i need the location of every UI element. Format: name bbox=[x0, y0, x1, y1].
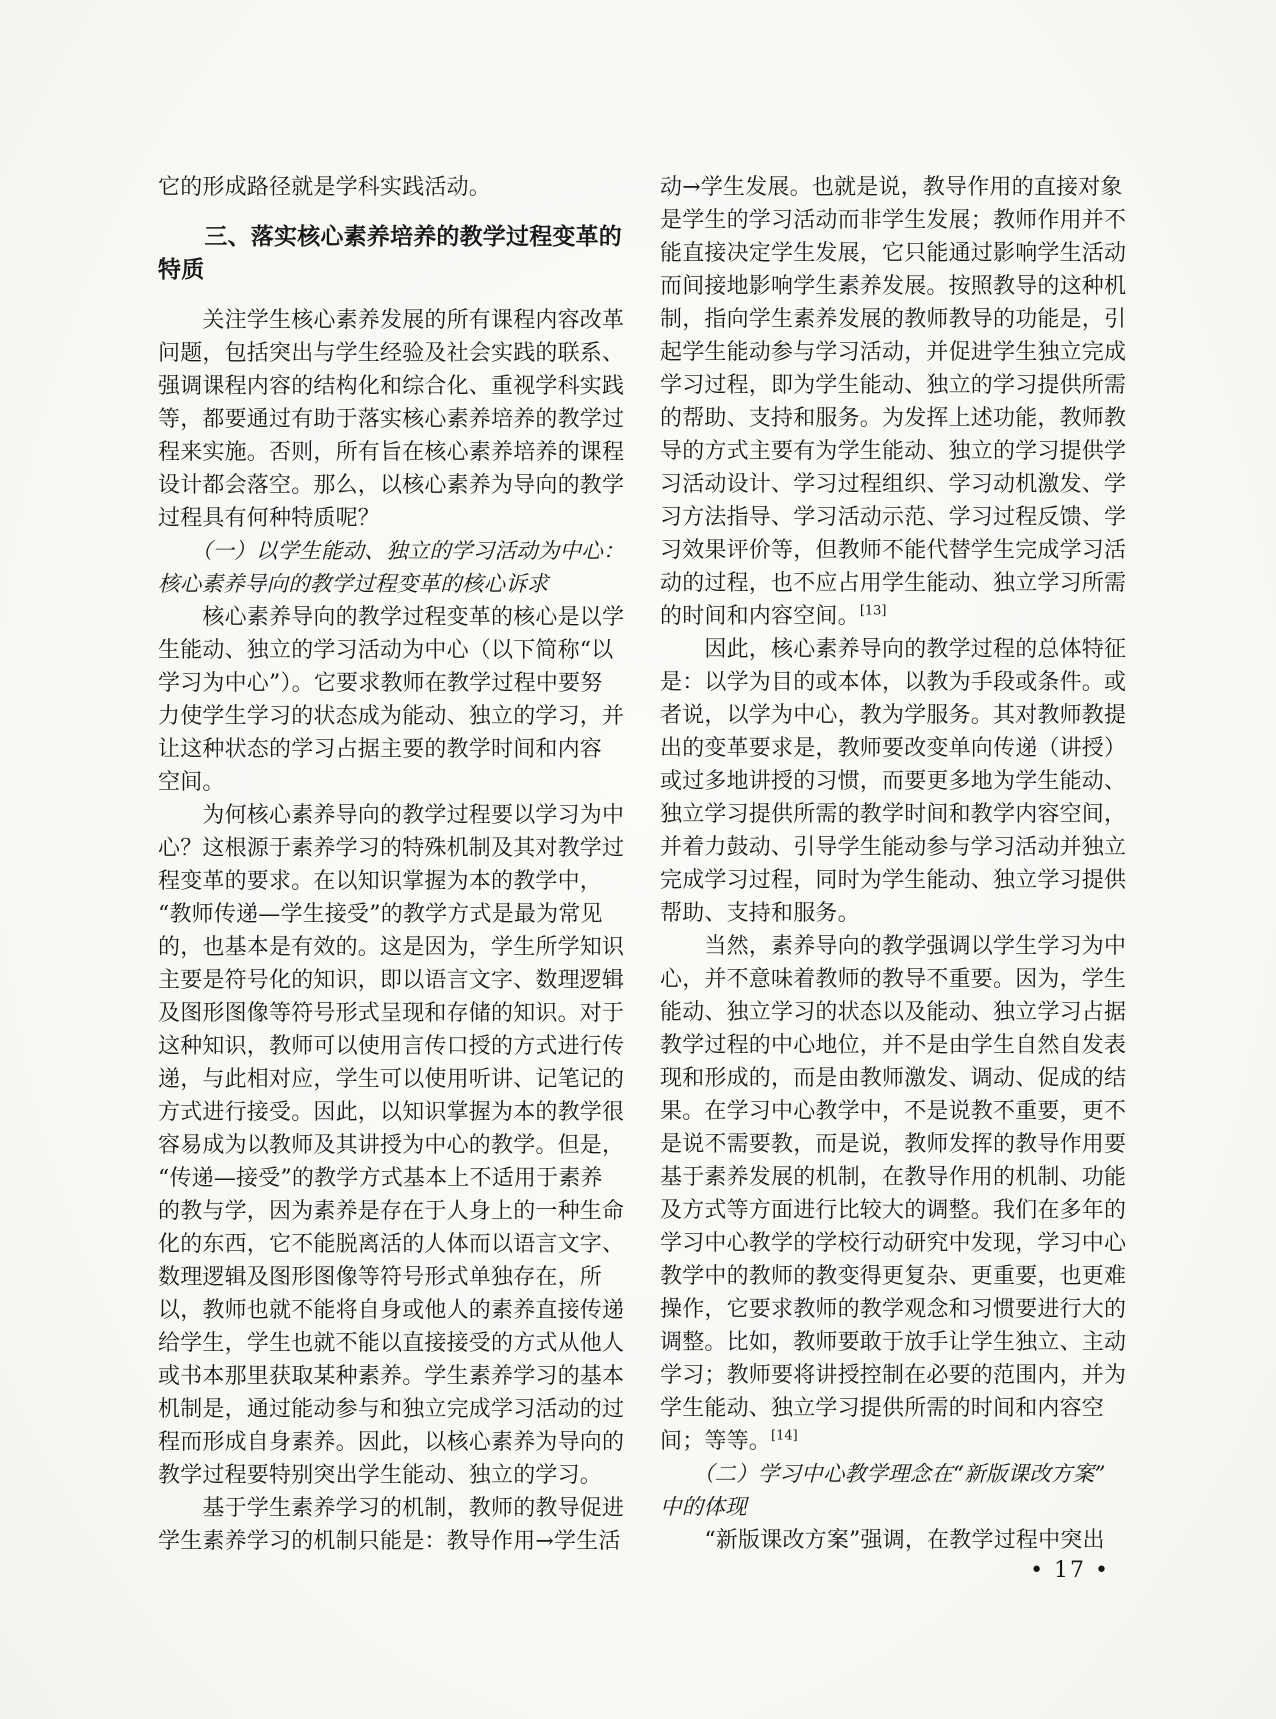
document-page: 它的形成路径就是学科实践活动。 三、落实核心素养培养的教学过程变革的特质 关注学… bbox=[0, 0, 1276, 1719]
text-line: 过程具有何种特质呢？ bbox=[158, 502, 628, 535]
text-line: 者说，以学为中心，教为学服务。其对教师教提 bbox=[660, 699, 1130, 732]
text-line: “新版课改方案”强调，在教学过程中突出 bbox=[660, 1524, 1130, 1557]
subsection-heading-line: 中的体现 bbox=[660, 1491, 1130, 1524]
text-line: 关注学生核心素养发展的所有课程内容改革 bbox=[158, 304, 628, 337]
text-line: 强调课程内容的结构化和综合化、重视学科实践 bbox=[158, 370, 628, 403]
text-line: 的，也基本是有效的。这是因为，学生所学知识 bbox=[158, 931, 628, 964]
text-line: 是：以学为目的或本体，以教为手段或条件。或 bbox=[660, 666, 1130, 699]
text-line: 设计都会落空。那么，以核心素养为导向的教学 bbox=[158, 469, 628, 502]
text-line: 给学生，学生也就不能以直接接受的方式从他人 bbox=[158, 1327, 628, 1360]
text-line: 容易成为以教师及其讲授为中心的教学。但是， bbox=[158, 1129, 628, 1162]
text-line: 的帮助、支持和服务。为发挥上述功能，教师教 bbox=[660, 402, 1130, 435]
text-line: 完成学习过程，同时为学生能动、独立学习提供 bbox=[660, 864, 1130, 897]
text-line: 导的方式主要有为学生能动、独立的学习提供学 bbox=[660, 435, 1130, 468]
text-line: 能动、独立学习的状态以及能动、独立学习占据 bbox=[660, 996, 1130, 1029]
text-line: 方式进行接受。因此，以知识掌握为本的教学很 bbox=[158, 1096, 628, 1129]
text-line: 学习中心教学的学校行动研究中发现，学习中心 bbox=[660, 1227, 1130, 1260]
column-right: 动→学生发展。也就是说，教导作用的直接对象是学生的学习活动而非学生发展；教师作用… bbox=[660, 171, 1130, 1557]
subsection-heading-line: （一）以学生能动、独立的学习活动为中心： bbox=[158, 535, 628, 568]
text-line: 帮助、支持和服务。 bbox=[660, 897, 1130, 930]
text-line: 独立学习提供所需的教学时间和教学内容空间， bbox=[660, 798, 1130, 831]
text-line: 能直接决定学生发展，它只能通过影响学生活动 bbox=[660, 237, 1130, 270]
text-line: 当然，素养导向的教学强调以学生学习为中 bbox=[660, 930, 1130, 963]
text-line: 程而形成自身素养。因此，以核心素养为导向的 bbox=[158, 1426, 628, 1459]
text-line: 问题，包括突出与学生经验及社会实践的联系、 bbox=[158, 337, 628, 370]
text-line: 动的过程，也不应占用学生能动、独立学习所需 bbox=[660, 567, 1130, 600]
text-line: 及图形图像等符号形式呈现和存储的知识。对于 bbox=[158, 997, 628, 1030]
text-line: 基于学生素养学习的机制，教师的教导促进 bbox=[158, 1492, 628, 1525]
text-line: 让这种状态的学习占据主要的教学时间和内容 bbox=[158, 733, 628, 766]
section-heading-line: 特质 bbox=[158, 254, 628, 287]
text-line: 现和形成的，而是由教师激发、调动、促成的结 bbox=[660, 1062, 1130, 1095]
text-line: 而间接地影响学生素养发展。按照教导的这种机 bbox=[660, 270, 1130, 303]
text-line: 或书本那里获取某种素养。学生素养学习的基本 bbox=[158, 1360, 628, 1393]
text-line: 心？这根源于素养学习的特殊机制及其对教学过 bbox=[158, 832, 628, 865]
subsection-heading-line: 核心素养导向的教学过程变革的核心诉求 bbox=[158, 568, 628, 601]
text-line: 制，指向学生素养发展的教师教导的功能是，引 bbox=[660, 303, 1130, 336]
text-line: 程变革的要求。在以知识掌握为本的教学中， bbox=[158, 865, 628, 898]
text-line: 习效果评价等，但教师不能代替学生完成学习活 bbox=[660, 534, 1130, 567]
text-line: 动→学生发展。也就是说，教导作用的直接对象 bbox=[660, 171, 1130, 204]
text-line: 学习；教师要将讲授控制在必要的范围内，并为 bbox=[660, 1359, 1130, 1392]
text-line: 核心素养导向的教学过程变革的核心是以学 bbox=[158, 601, 628, 634]
text-line: 学习为中心”）。它要求教师在教学过程中要努 bbox=[158, 667, 628, 700]
text-line: 以，教师也就不能将自身或他人的素养直接传递 bbox=[158, 1294, 628, 1327]
text-line: 是学生的学习活动而非学生发展；教师作用并不 bbox=[660, 204, 1130, 237]
text-line: 学生能动、独立学习提供所需的时间和内容空 bbox=[660, 1392, 1130, 1425]
text-line: 这种知识，教师可以使用言传口授的方式进行传 bbox=[158, 1030, 628, 1063]
section-heading-line: 三、落实核心素养培养的教学过程变革的 bbox=[158, 221, 628, 254]
text-line: 起学生能动参与学习活动，并促进学生独立完成 bbox=[660, 336, 1130, 369]
text-line: 空间。 bbox=[158, 766, 628, 799]
text-line: “传递—接受”的教学方式基本上不适用于素养 bbox=[158, 1162, 628, 1195]
text-line: 等，都要通过有助于落实核心素养培养的教学过 bbox=[158, 403, 628, 436]
text-line: 化的东西，它不能脱离活的人体而以语言文字、 bbox=[158, 1228, 628, 1261]
text-line: 它的形成路径就是学科实践活动。 bbox=[158, 171, 628, 204]
text-line: 教学过程的中心地位，并不是由学生自然自发表 bbox=[660, 1029, 1130, 1062]
column-left: 它的形成路径就是学科实践活动。 三、落实核心素养培养的教学过程变革的特质 关注学… bbox=[158, 171, 628, 1558]
text-line: “教师传递—学生接受”的教学方式是最为常见 bbox=[158, 898, 628, 931]
text-line: 果。在学习中心教学中，不是说教不重要，更不 bbox=[660, 1095, 1130, 1128]
footnote-ref: [13] bbox=[860, 604, 887, 619]
text-line: 间；等等。[14] bbox=[660, 1425, 1130, 1458]
text-line: 数理逻辑及图形图像等符号形式单独存在，所 bbox=[158, 1261, 628, 1294]
text-line: 及方式等方面进行比较大的调整。我们在多年的 bbox=[660, 1194, 1130, 1227]
text-line: 因此，核心素养导向的教学过程的总体特征 bbox=[660, 633, 1130, 666]
text-line: 机制是，通过能动参与和独立完成学习活动的过 bbox=[158, 1393, 628, 1426]
text-line: 习活动设计、学习过程组织、学习动机激发、学 bbox=[660, 468, 1130, 501]
text-line: 或过多地讲授的习惯，而要更多地为学生能动、 bbox=[660, 765, 1130, 798]
text-line: 心，并不意味着教师的教导不重要。因为，学生 bbox=[660, 963, 1130, 996]
text-line: 递，与此相对应，学生可以使用听讲、记笔记的 bbox=[158, 1063, 628, 1096]
text-line: 力使学生学习的状态成为能动、独立的学习，并 bbox=[158, 700, 628, 733]
text-line: 为何核心素养导向的教学过程要以学习为中 bbox=[158, 799, 628, 832]
text-line: 基于素养发展的机制，在教导作用的机制、功能 bbox=[660, 1161, 1130, 1194]
text-line: 并着力鼓动、引导学生能动参与学习活动并独立 bbox=[660, 831, 1130, 864]
text-line: 操作，它要求教师的教学观念和习惯要进行大的 bbox=[660, 1293, 1130, 1326]
text-line: 出的变革要求是，教师要改变单向传递（讲授） bbox=[660, 732, 1130, 765]
text-line: 的时间和内容空间。[13] bbox=[660, 600, 1130, 633]
text-line: 程来实施。否则，所有旨在核心素养培养的课程 bbox=[158, 436, 628, 469]
text-line: 习方法指导、学习活动示范、学习过程反馈、学 bbox=[660, 501, 1130, 534]
text-line: 教学中的教师的教变得更复杂、更重要，也更难 bbox=[660, 1260, 1130, 1293]
subsection-heading-line: （二）学习中心教学理念在“新版课改方案” bbox=[660, 1458, 1130, 1491]
text-line: 的教与学，因为素养是存在于人身上的一种生命 bbox=[158, 1195, 628, 1228]
text-line: 调整。比如，教师要敢于放手让学生独立、主动 bbox=[660, 1326, 1130, 1359]
text-line: 生能动、独立的学习活动为中心（以下简称“以 bbox=[158, 634, 628, 667]
text-line: 学生素养学习的机制只能是：教导作用→学生活 bbox=[158, 1525, 628, 1558]
page-number: • 17 • bbox=[660, 1554, 1130, 1587]
text-line: 是说不需要教，而是说，教师发挥的教导作用要 bbox=[660, 1128, 1130, 1161]
text-line: 主要是符号化的知识，即以语言文字、数理逻辑 bbox=[158, 964, 628, 997]
footnote-ref: [14] bbox=[771, 1429, 798, 1444]
text-line: 教学过程要特别突出学生能动、独立的学习。 bbox=[158, 1459, 628, 1492]
text-line: 学习过程，即为学生能动、独立的学习提供所需 bbox=[660, 369, 1130, 402]
